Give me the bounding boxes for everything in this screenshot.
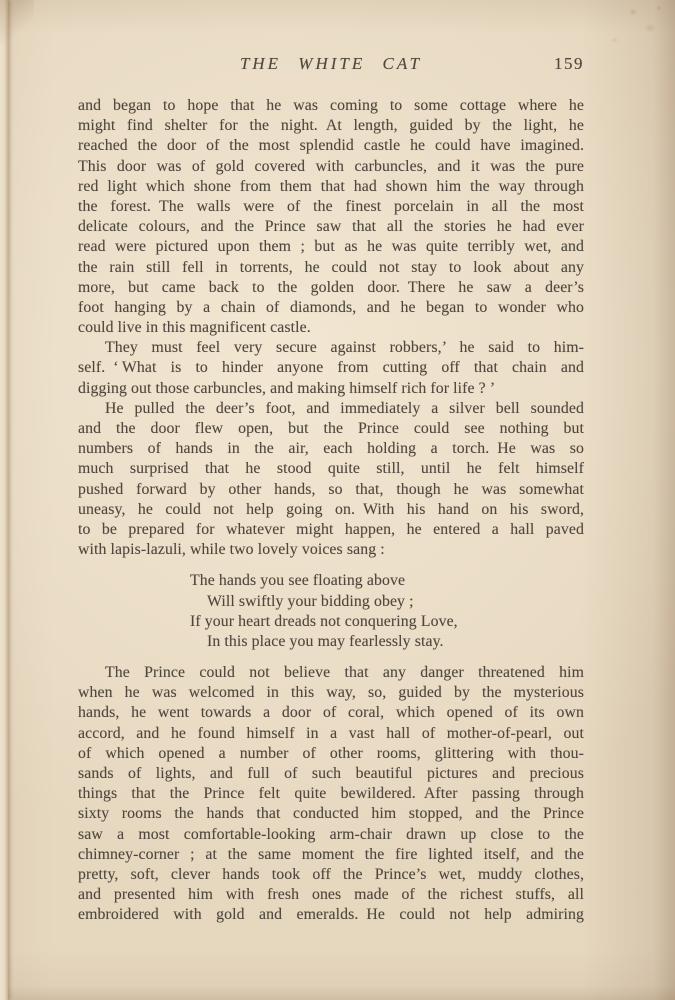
- text-line: could live in this magnificent castle.: [78, 318, 584, 338]
- page-edge: [0, 0, 8, 1000]
- text-line: hands, he went towards a door of coral, …: [78, 703, 584, 723]
- text-line: saw a most comfortable-looking arm-chair…: [78, 825, 584, 845]
- text-line: pretty, soft, clever hands took off the …: [78, 865, 584, 885]
- text-line: This door was of gold covered with carbu…: [78, 157, 584, 177]
- text-line: delicate colours, and the Prince saw tha…: [78, 217, 584, 237]
- text-line: the rain still fell in torrents, he coul…: [78, 258, 584, 278]
- page-number: 159: [554, 53, 584, 75]
- text-line: reached the door of the most splendid ca…: [78, 136, 584, 156]
- text-line: and presented him with fresh ones made o…: [78, 885, 584, 905]
- text-line: They must feel very secure against robbe…: [78, 338, 584, 358]
- verse-stanza: The hands you see floating aboveWill swi…: [78, 571, 584, 652]
- text-line: red light which shone from them that had…: [78, 177, 584, 197]
- text-line: read were pictured upon them ; but as he…: [78, 237, 584, 257]
- text-line: numbers of hands in the air, each holdin…: [78, 439, 584, 459]
- text-line: when he was welcomed in this way, so, gu…: [78, 683, 584, 703]
- verse-line: Will swiftly your bidding obey ;: [207, 592, 584, 612]
- verse-line: The hands you see floating above: [190, 571, 584, 591]
- text-line: chimney-corner ; at the same moment the …: [78, 845, 584, 865]
- text-line: and the door flew open, but the Prince c…: [78, 419, 584, 439]
- page-body: and began to hope that he was coming to …: [78, 96, 584, 926]
- verse-line: In this place you may fearlessly stay.: [207, 632, 584, 652]
- text-line: more, but came back to the golden door. …: [78, 278, 584, 298]
- text-line: digging out those carbuncles, and making…: [78, 379, 584, 399]
- text-line: accord, and he found himself in a vast h…: [78, 724, 584, 744]
- running-title: THE WHITE CAT: [78, 53, 584, 75]
- text-line: pushed forward by other hands, so that, …: [78, 480, 584, 500]
- text-line: self. ‘ What is to hinder anyone from cu…: [78, 358, 584, 378]
- book-page-scan: THE WHITE CAT 159 and began to hope that…: [0, 0, 675, 1000]
- text-line: the forest. The walls were of the finest…: [78, 197, 584, 217]
- text-line: uneasy, he could not help going on. With…: [78, 500, 584, 520]
- corner-shadow: [0, 0, 34, 46]
- text-line: much surprised that he stood quite still…: [78, 459, 584, 479]
- text-line: of which opened a number of other rooms,…: [78, 744, 584, 764]
- text-line: The Prince could not believe that any da…: [78, 663, 584, 683]
- text-line: might find shelter for the night. At len…: [78, 116, 584, 136]
- text-line: sixty rooms the hands that conducted him…: [78, 804, 584, 824]
- text-line: He pulled the deer’s foot, and immediate…: [78, 399, 584, 419]
- text-line: foot hanging by a chain of diamonds, and…: [78, 298, 584, 318]
- text-line: embroidered with gold and emeralds. He c…: [78, 905, 584, 925]
- text-line: sands of lights, and full of such beauti…: [78, 764, 584, 784]
- text-line: and began to hope that he was coming to …: [78, 96, 584, 116]
- text-line: things that the Prince felt quite bewild…: [78, 784, 584, 804]
- text-line: with lapis-lazuli, while two lovely voic…: [78, 540, 584, 560]
- page-header: THE WHITE CAT 159: [78, 53, 584, 77]
- verse-line: If your heart dreads not conquering Love…: [190, 612, 584, 632]
- text-line: to be prepared for whatever might happen…: [78, 520, 584, 540]
